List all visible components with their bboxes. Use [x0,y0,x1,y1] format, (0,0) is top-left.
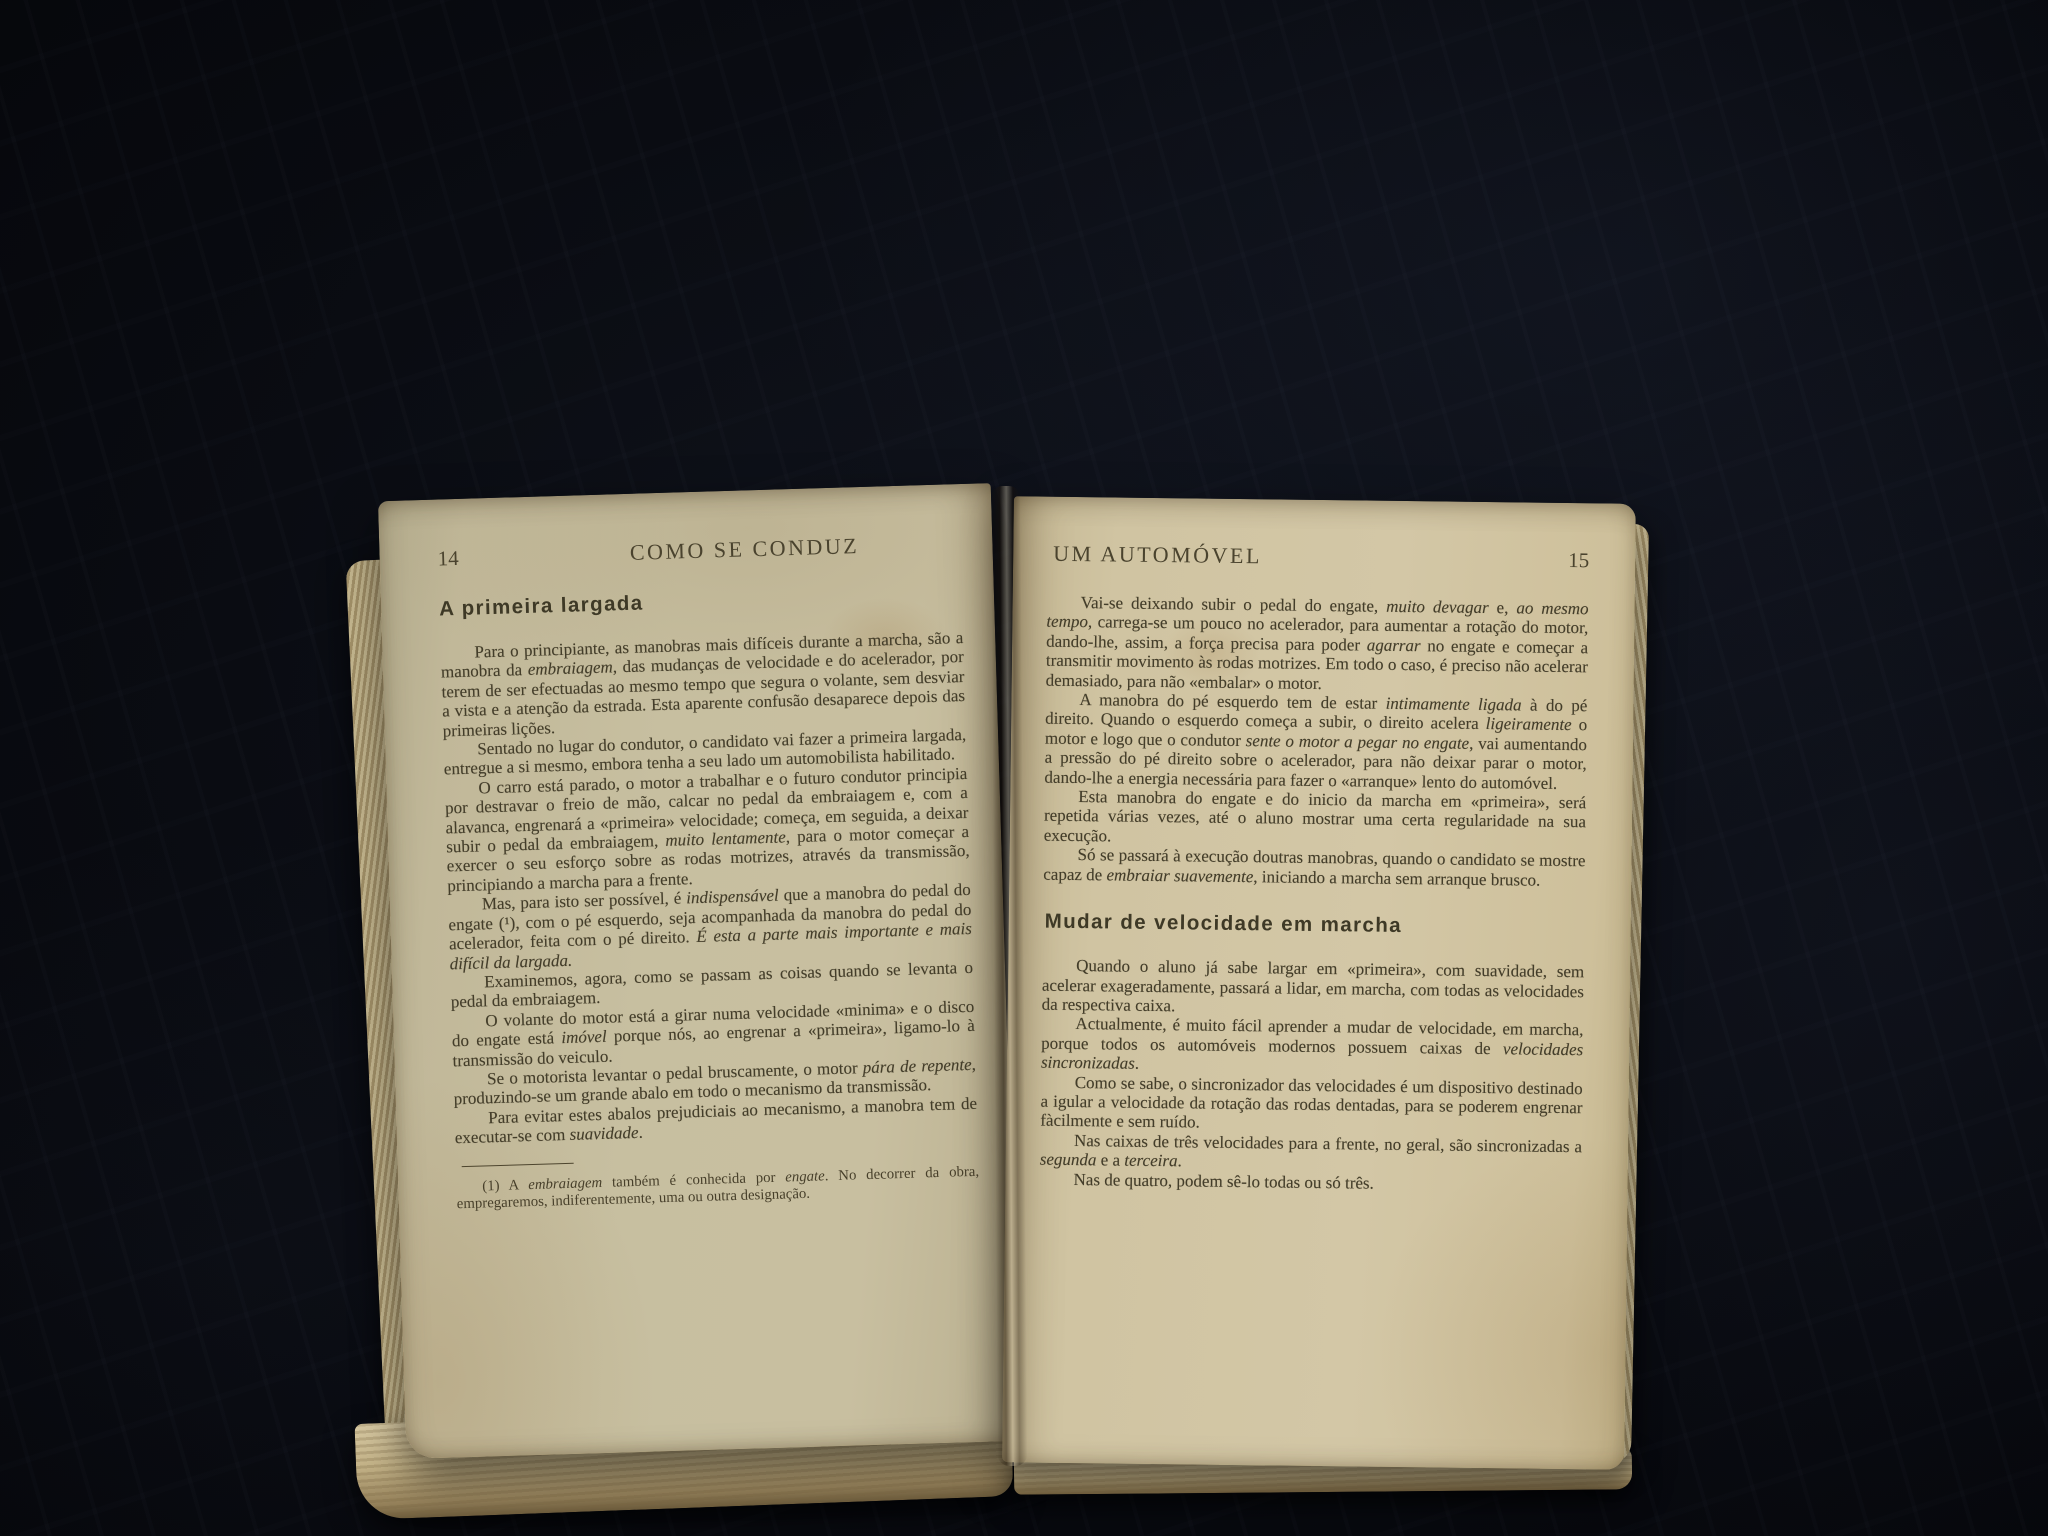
right-page-body-bottom: Quando o aluno já sabe largar em «primei… [1039,956,1584,1195]
section-heading-left: A primeira largada [439,582,962,622]
paragraph: Vai-se deixando subir o pedal do engate,… [1046,593,1589,697]
page-number-right: 15 [1568,548,1589,573]
paragraph: Nas caixas de três velocidades para a fr… [1040,1130,1582,1175]
left-page-header: 14 COMO SE CONDUZ [437,530,961,572]
paragraph: Esta manobra do engate e do inicio da ma… [1044,787,1587,852]
paragraph: O carro está parado, o motor a trabalhar… [444,764,970,896]
right-page: UM AUTOMÓVEL 15 Vai-se deixando subir o … [1002,496,1636,1470]
left-page-body: Para o principiante, as manobras mais di… [440,628,978,1148]
paragraph: Como se sabe, o sincronizador das veloci… [1040,1072,1583,1137]
right-page-body-top: Vai-se deixando subir o pedal do engate,… [1043,593,1589,891]
right-page-header: UM AUTOMÓVEL 15 [1047,541,1589,574]
paragraph: Só se passará à execução doutras manobra… [1043,845,1585,890]
page-number-left: 14 [437,546,459,572]
section-heading-right: Mudar de velocidade em marcha [1045,910,1585,941]
paragraph: Para o principiante, as manobras mais di… [440,628,966,741]
footnote-rule [462,1162,574,1166]
paragraph: Actualmente, é muito fácil aprender a mu… [1041,1014,1584,1079]
running-title-right: UM AUTOMÓVEL [1047,541,1568,573]
paragraph: Quando o aluno já sabe largar em «primei… [1042,956,1585,1021]
footnote: (1) A embraiagem também é conhecida por … [456,1163,980,1214]
paragraph: A manobra do pé esquerdo tem de estar in… [1044,690,1587,794]
left-page: 14 COMO SE CONDUZ A primeira largada Par… [378,483,1019,1459]
running-title-left: COMO SE CONDUZ [458,530,961,571]
photo-background: 14 COMO SE CONDUZ A primeira largada Par… [0,0,2048,1536]
